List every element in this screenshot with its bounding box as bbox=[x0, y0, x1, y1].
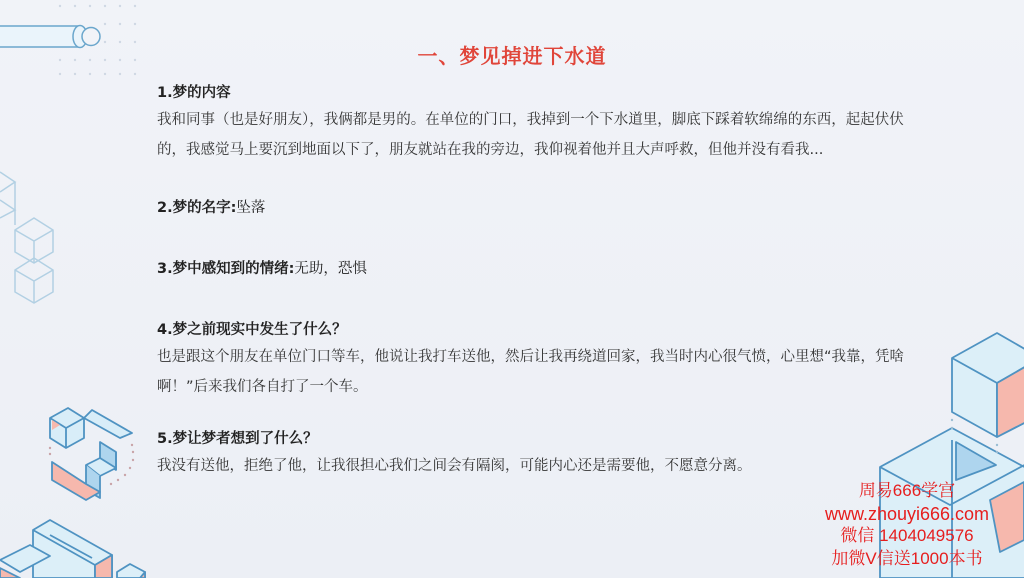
block-decoration-left bbox=[50, 408, 132, 500]
section-heading: 3.梦中感知到的情绪:无助，恐惧 bbox=[157, 256, 917, 282]
watermark-url: www.zhouyi666.com bbox=[802, 503, 1012, 526]
section-dream-association: 5.梦让梦者想到了什么？ 我没有送他，拒绝了他，让我很担心我们之间会有隔阂，可能… bbox=[157, 426, 917, 482]
heading-text: 4.梦之前现实中发生了什么？ bbox=[157, 322, 347, 338]
section-heading: 1.梦的内容 bbox=[157, 80, 917, 106]
block-decoration-bottom-left bbox=[0, 520, 145, 578]
heading-text: 2.梦的名字: bbox=[157, 200, 236, 216]
section-before-dream: 4.梦之前现实中发生了什么？ 也是跟这个朋友在单位门口等车，他说让我打车送他，然… bbox=[157, 317, 917, 402]
section-dream-name: 2.梦的名字:坠落 bbox=[157, 195, 917, 221]
section-body: 我和同事（也是好朋友），我俩都是男的。在单位的门口，我掉到一个下水道里，脚底下踩… bbox=[157, 106, 917, 165]
watermark-wechat: 微信 1404049576 bbox=[802, 525, 1012, 548]
heading-value: 坠落 bbox=[236, 200, 265, 216]
outline-cubes-left bbox=[0, 172, 53, 303]
section-body: 也是跟这个朋友在单位门口等车，他说让我打车送他，然后让我再绕道回家，我当时内心很… bbox=[157, 343, 917, 402]
section-heading: 5.梦让梦者想到了什么？ bbox=[157, 426, 917, 452]
heading-text: 1.梦的内容 bbox=[157, 85, 231, 101]
heading-text: 3.梦中感知到的情绪: bbox=[157, 261, 294, 277]
dream-analysis-content: 1.梦的内容 我和同事（也是好朋友），我俩都是男的。在单位的门口，我掉到一个下水… bbox=[157, 80, 917, 482]
watermark: 周易666学宫 www.zhouyi666.com 微信 1404049576 … bbox=[802, 480, 1012, 570]
section-heading: 4.梦之前现实中发生了什么？ bbox=[157, 317, 917, 343]
section-heading: 2.梦的名字:坠落 bbox=[157, 195, 917, 221]
watermark-promo: 加微V信送1000本书 bbox=[802, 548, 1012, 571]
slide-title: 一、梦见掉进下水道 bbox=[0, 40, 1024, 69]
slide: 一、梦见掉进下水道 1.梦的内容 我和同事（也是好朋友），我俩都是男的。在单位的… bbox=[0, 0, 1024, 578]
section-dream-content: 1.梦的内容 我和同事（也是好朋友），我俩都是男的。在单位的门口，我掉到一个下水… bbox=[157, 80, 917, 165]
watermark-brand: 周易666学宫 bbox=[802, 480, 1012, 503]
section-body: 我没有送他，拒绝了他，让我很担心我们之间会有隔阂，可能内心还是需要他，不愿意分离… bbox=[157, 452, 917, 482]
heading-value: 无助，恐惧 bbox=[294, 261, 367, 277]
heading-text: 5.梦让梦者想到了什么？ bbox=[157, 431, 318, 447]
section-dream-emotion: 3.梦中感知到的情绪:无助，恐惧 bbox=[157, 256, 917, 282]
